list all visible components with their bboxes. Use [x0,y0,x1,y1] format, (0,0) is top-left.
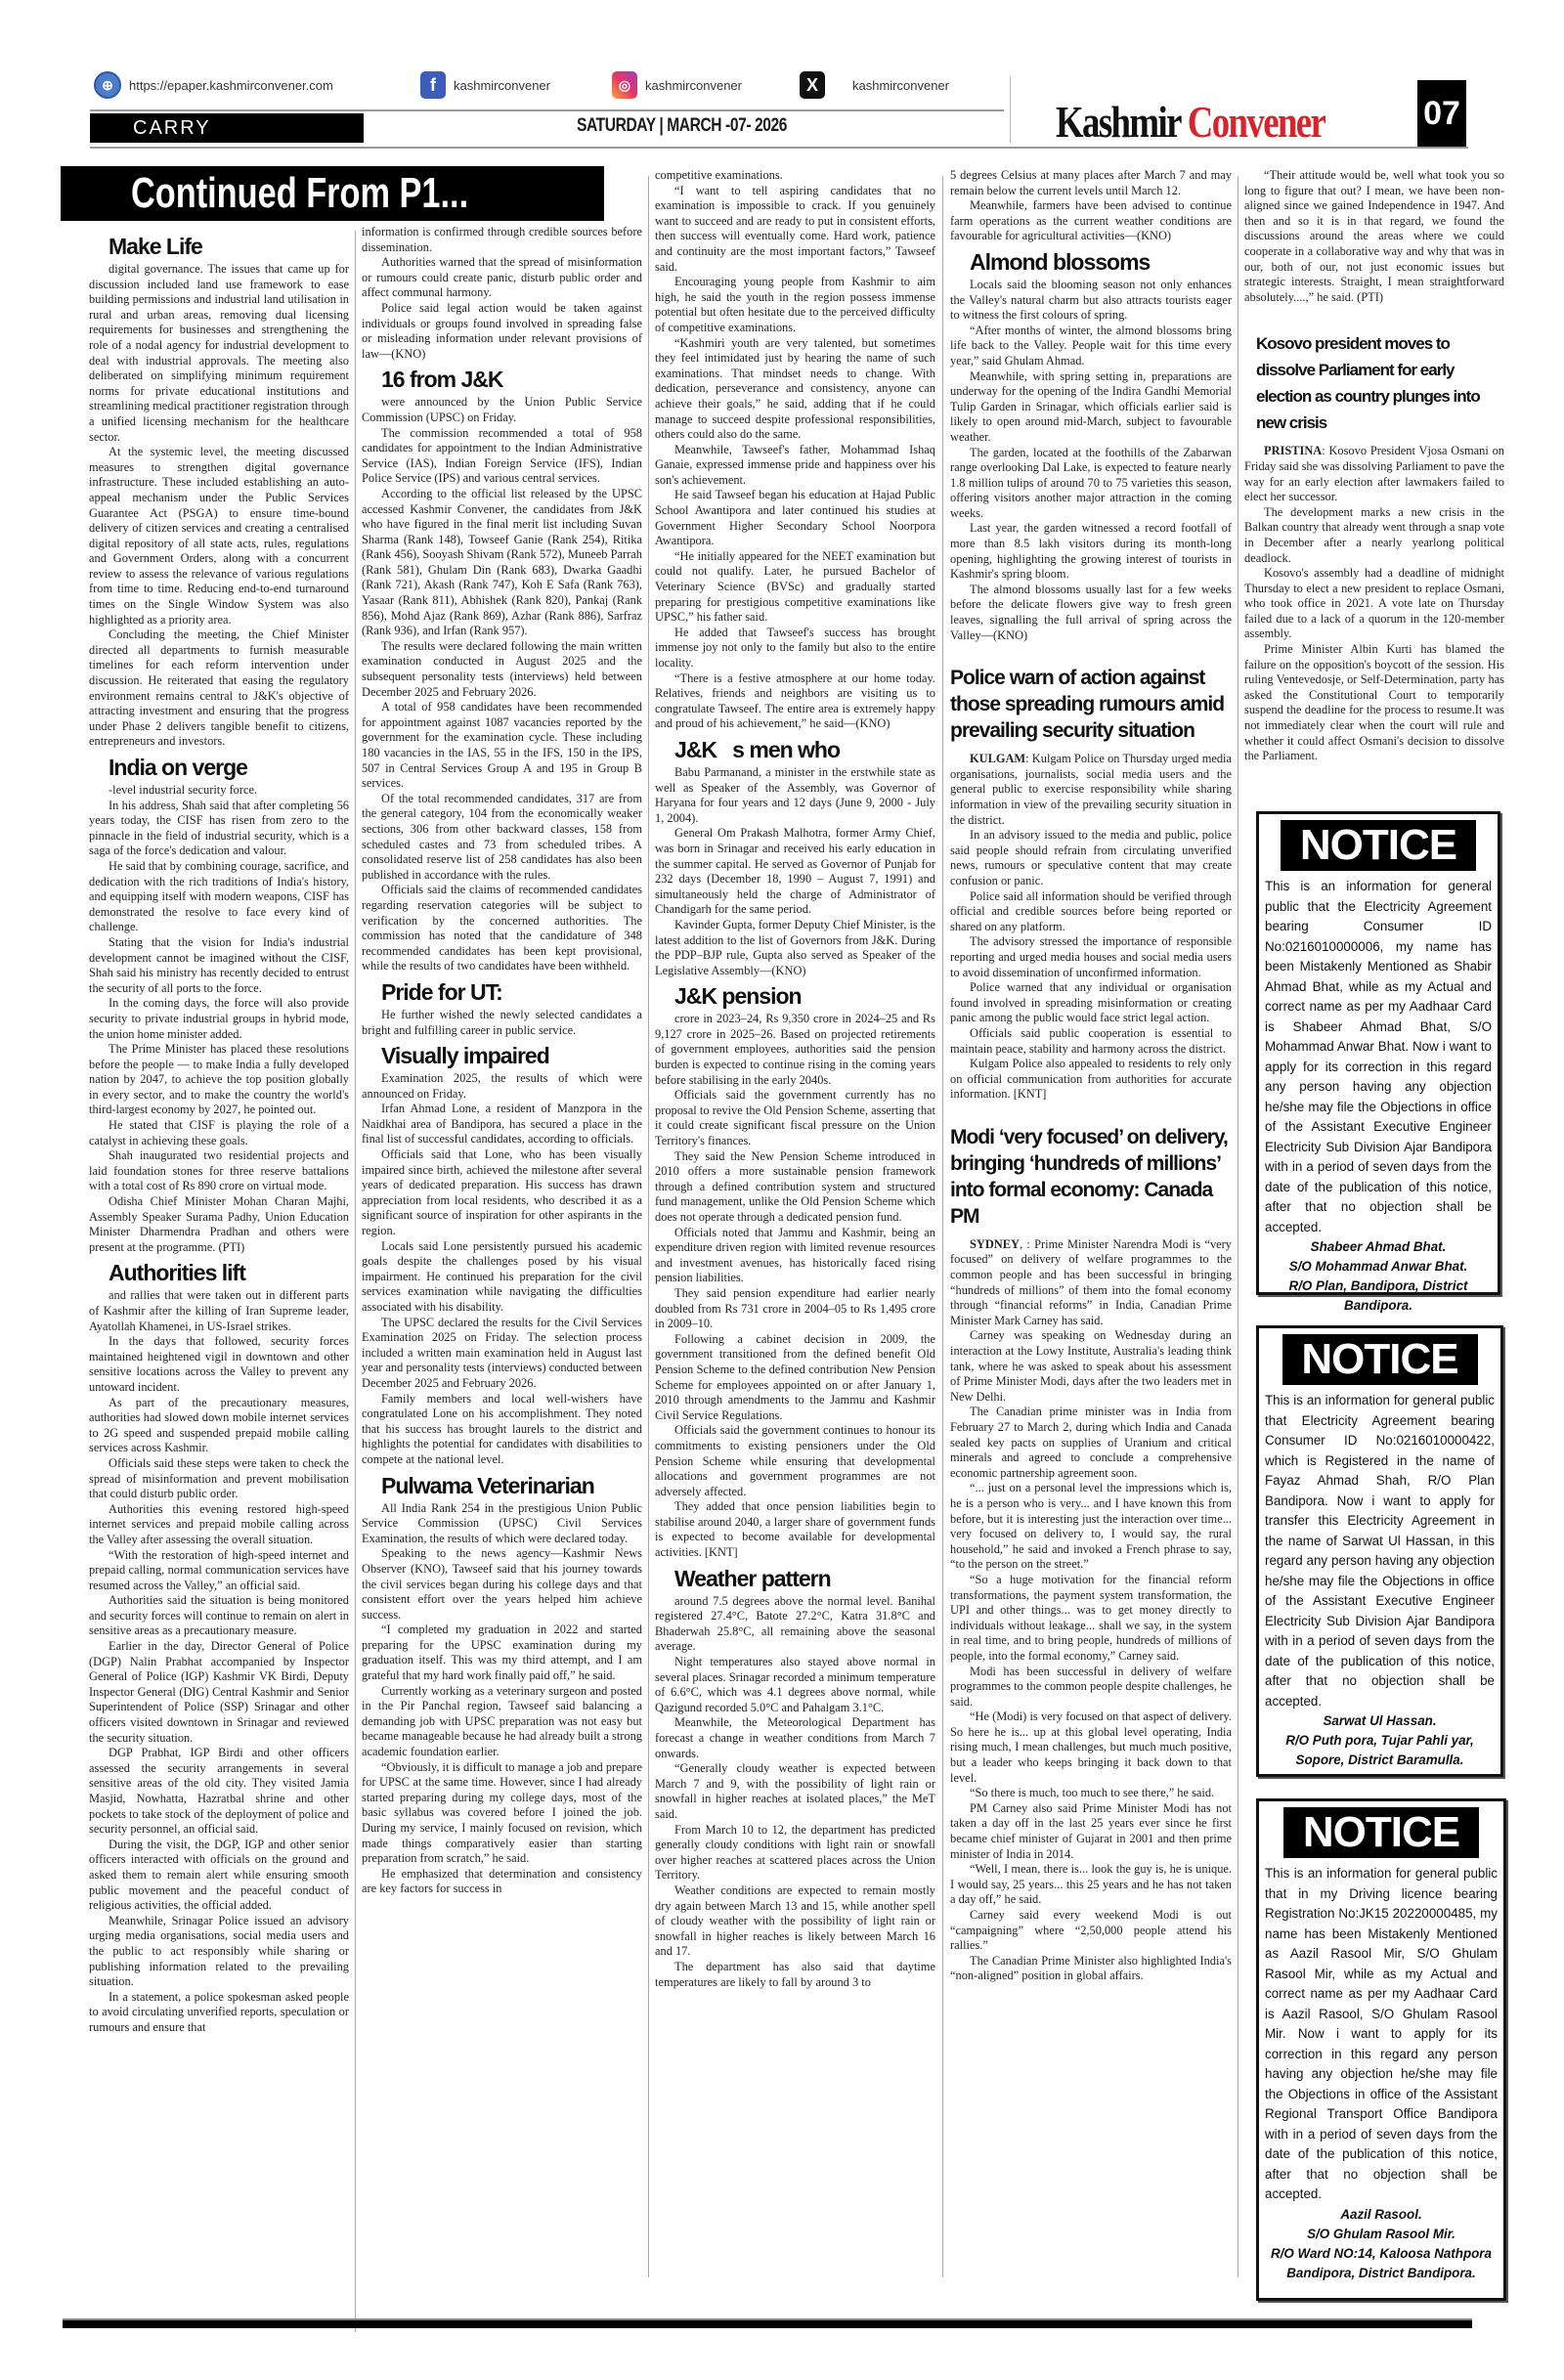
paragraph: Of the total recommended candidates, 317… [362,792,642,884]
notice-signature-parent: S/O Ghulam Rasool Mir. [1265,2225,1498,2244]
paragraph: Authorities this evening restored high-s… [89,1502,349,1548]
paragraph: “So there is much, too much to see there… [950,1786,1232,1801]
paragraph: The advisory stressed the importance of … [950,934,1232,980]
paragraph: The almond blossoms usually last for a f… [950,583,1232,643]
dateline: KULGAM [970,752,1025,765]
issue-date: SATURDAY | MARCH -07- 2026 [577,115,787,137]
headline-pride-for-ut: Pride for UT: [381,978,642,1006]
column-4: 5 degrees Celsius at many places after M… [950,168,1232,2311]
paragraph: In his address, Shah said that after com… [89,799,349,859]
column-divider [355,231,356,2332]
headline-pulwama-veterinarian: Pulwama Veterinarian [381,1472,642,1499]
masthead-logo: Kashmir Convener [1056,96,1325,148]
paragraph: PM Carney also said Prime Minister Modi … [950,1801,1232,1862]
column-3: competitive examinations. “I want to tel… [655,168,935,2311]
column-divider [648,176,649,2277]
headline-weather-pattern: Weather pattern [674,1565,935,1592]
x-link[interactable]: X kashmirconvener [800,70,949,100]
paragraph: Shah inaugurated two residential project… [89,1148,349,1194]
paragraph: “After months of winter, the almond blos… [950,324,1232,369]
paragraph: The UPSC declared the results for the Ci… [362,1316,642,1392]
headline-jk-men-who: J&K s men who [674,736,935,763]
paragraph: In the coming days, the force will also … [89,996,349,1042]
paragraph: Speaking to the news agency—Kashmir News… [362,1546,642,1623]
paragraph: He said that by combining courage, sacri… [89,859,349,935]
column-2: information is confirmed through credibl… [362,168,642,2311]
masthead-kashmir: Kashmir [1056,97,1180,147]
headline-authorities-lift: Authorities lift [109,1259,349,1286]
paragraph: They added that once pension liabilities… [655,1499,935,1560]
paragraph: Meanwhile, the Meteorological Department… [655,1715,935,1761]
paragraph: Carney was speaking on Wednesday during … [950,1328,1232,1405]
header-bottom-rule [90,147,1468,149]
paragraph: Family members and local well-wishers ha… [362,1392,642,1468]
notice-signature-address: R/O Plan, Bandipora, District Bandipora. [1265,1277,1492,1316]
website-link[interactable]: ⊕ https://epaper.kashmirconvener.com [94,70,333,100]
x-handle[interactable]: kashmirconvener [852,78,949,93]
paragraph: They said pension expenditure had earlie… [655,1286,935,1332]
paragraph: He added that Tawseef's success has brou… [655,626,935,671]
footer-rule [63,2318,1472,2328]
paragraph: “He (Modi) is very focused on that aspec… [950,1709,1232,1786]
facebook-handle[interactable]: kashmirconvener [454,78,550,93]
paragraph: In the days that followed, security forc… [89,1334,349,1395]
paragraph: The garden, located at the foothills of … [950,446,1232,522]
paragraph: competitive examinations. [655,168,935,184]
notice-signature-name: Sarwat Ul Hassan. [1265,1711,1495,1731]
paragraph: Kulgam Police also appealed to residents… [950,1057,1232,1103]
paragraph: Officials said the claims of recommended… [362,883,642,974]
notice-signature-name: Aazil Rasool. [1265,2205,1498,2225]
paragraph: “So a huge motivation for the financial … [950,1573,1232,1665]
headline-visually-impaired: Visually impaired [381,1042,642,1069]
paragraph: He further wished the newly selected can… [362,1008,642,1038]
paragraph: SYDNEY, : Prime Minister Narendra Modi i… [950,1237,1232,1329]
headline-almond-blossoms: Almond blossoms [970,248,1232,276]
x-icon: X [800,71,825,99]
paragraph: Police said legal action would be taken … [362,301,642,362]
paragraph: Carney said every weekend Modi is out “c… [950,1908,1232,1954]
paragraph: Irfan Ahmad Lone, a resident of Manzpora… [362,1102,642,1147]
paragraph: “There is a festive atmosphere at our ho… [655,671,935,732]
paragraph: Examination 2025, the results of which w… [362,1071,642,1102]
paragraph: They said the New Pension Scheme introdu… [655,1149,935,1226]
paragraph: “Obviously, it is difficult to manage a … [362,1760,642,1867]
headline-make-life: Make Life [109,233,349,260]
notice-title: NOTICE [1281,820,1476,871]
paragraph: “Generally cloudy weather is expected be… [655,1761,935,1822]
paragraph: around 7.5 degrees above the normal leve… [655,1594,935,1655]
paragraph: Encouraging young people from Kashmir to… [655,275,935,335]
notice-signature-address: R/O Ward NO:14, Kaloosa Nathpora Bandipo… [1265,2244,1498,2283]
facebook-link[interactable]: f kashmirconvener [420,70,550,100]
paragraph: He said Tawseef began his education at H… [655,488,935,548]
notice-signature-parent: S/O Mohammad Anwar Bhat. [1265,1257,1492,1277]
paragraph: -level industrial security force. [89,783,349,799]
paragraph: Police warned that any individual or org… [950,980,1232,1026]
paragraph: Police said all information should be ve… [950,889,1232,935]
paragraph: “Their attitude would be, well what took… [1244,168,1504,305]
paragraph: Officials said that Lone, who has been v… [362,1147,642,1239]
paragraph: KULGAM: Kulgam Police on Thursday urged … [950,752,1232,828]
paragraph: Officials said public cooperation is ess… [950,1026,1232,1057]
paragraph: The Canadian prime minister was in India… [950,1405,1232,1481]
paragraph: Night temperatures also stayed above nor… [655,1655,935,1715]
paragraph: At the systemic level, the meeting discu… [89,445,349,627]
paragraph: Concluding the meeting, the Chief Minist… [89,627,349,750]
notice-body: This is an information for general publi… [1265,1864,1498,2205]
notice-body: This is an information for general publi… [1265,877,1492,1237]
paragraph: Authorities warned that the spread of mi… [362,255,642,301]
paragraph: In an advisory issued to the media and p… [950,828,1232,888]
column-5: “Their attitude would be, well what took… [1244,168,1504,774]
paragraph: He stated that CISF is playing the role … [89,1118,349,1148]
notice-signature-name: Shabeer Ahmad Bhat. [1265,1237,1492,1257]
column-1: Make Life digital governance. The issues… [89,229,349,2311]
paragraph: A total of 958 candidates have been reco… [362,700,642,792]
paragraph: Locals said Lone persistently pursued hi… [362,1239,642,1316]
paragraph: “I completed my graduation in 2022 and s… [362,1623,642,1683]
paragraph: The department has also said that daytim… [655,1960,935,1990]
page-number: 07 [1417,80,1466,147]
paragraph: PRISTINA: Kosovo President Vjosa Osmani … [1244,444,1504,504]
headline-modi-very-focused: Modi ‘very focused’ on delivery, bringin… [950,1124,1232,1230]
headline-jk-pension: J&K pension [674,982,935,1010]
facebook-icon: f [420,71,446,99]
masthead-convener: Convener [1188,97,1325,147]
paragraph: Officials said the government continues … [655,1423,935,1499]
notice-title: NOTICE [1283,1807,1479,1858]
paragraph: The development marks a new crisis in th… [1244,505,1504,566]
paragraph: Authorities said the situation is being … [89,1593,349,1639]
paragraph: 5 degrees Celsius at many places after M… [950,168,1232,198]
paragraph: Meanwhile, with spring setting in, prepa… [950,369,1232,446]
paragraph: Officials said the government currently … [655,1088,935,1148]
paragraph: Modi has been successful in delivery of … [950,1665,1232,1710]
header-divider [1010,76,1011,143]
paragraph: Babu Parmanand, a minister in the erstwh… [655,765,935,826]
paragraph: crore in 2023–24, Rs 9,350 crore in 2024… [655,1012,935,1088]
notice-title: NOTICE [1282,1334,1478,1385]
paragraph: “With the restoration of high-speed inte… [89,1548,349,1594]
notice-2: NOTICE This is an information for genera… [1256,1325,1503,1777]
instagram-link[interactable]: ◎ kashmirconvener [612,70,742,100]
paragraph: “Kashmiri youth are very talented, but s… [655,336,935,443]
notice-signature-district: Sopore, District Baramulla. [1265,1751,1495,1770]
instagram-icon: ◎ [612,71,637,99]
paragraph: The Canadian Prime Minister also highlig… [950,1954,1232,1984]
paragraph: He emphasized that determination and con… [362,1867,642,1897]
paragraph: All India Rank 254 in the prestigious Un… [362,1501,642,1547]
paragraph: Meanwhile, farmers have been advised to … [950,198,1232,244]
dateline: PRISTINA [1264,444,1322,457]
paragraph: Stating that the vision for India's indu… [89,935,349,996]
section-label: CARRY [90,113,364,143]
paragraph: “He initially appeared for the NEET exam… [655,549,935,626]
paragraph: were announced by the Union Public Servi… [362,395,642,425]
paragraph: “Well, I mean, there is... look the guy … [950,1862,1232,1908]
headline-police-warn: Police warn of action against those spre… [950,665,1232,744]
instagram-handle[interactable]: kashmirconvener [645,78,742,93]
paragraph: “I want to tell aspiring candidates that… [655,184,935,276]
paragraph: From March 10 to 12, the department has … [655,1823,935,1883]
paragraph: Kosovo's assembly had a deadline of midn… [1244,566,1504,642]
paragraph: and rallies that were taken out in diffe… [89,1288,349,1334]
paragraph: General Om Prakash Malhotra, former Army… [655,826,935,918]
paragraph: Following a cabinet decision in 2009, th… [655,1332,935,1424]
notice-body: This is an information for general publi… [1265,1391,1495,1711]
notice-1: NOTICE This is an information for genera… [1256,811,1500,1295]
paragraph: The Prime Minister has placed these reso… [89,1042,349,1118]
paragraph: Locals said the blooming season not only… [950,278,1232,324]
paragraph: During the visit, the DGP, IGP and other… [89,1838,349,1914]
dateline: SYDNEY [970,1237,1020,1251]
paragraph: DGP Prabhat, IGP Birdi and other officer… [89,1746,349,1838]
paragraph: Earlier in the day, Director General of … [89,1639,349,1746]
column-divider [942,176,943,2277]
header-rule [90,109,1004,111]
paragraph: According to the official list released … [362,487,642,639]
paragraph: “... just on a personal level the impres… [950,1481,1232,1573]
paragraph: Kavinder Gupta, former Deputy Chief Mini… [655,918,935,978]
headline-16-from-jk: 16 from J&K [381,366,642,393]
paragraph: information is confirmed through credibl… [362,225,642,255]
notice-3: NOTICE This is an information for genera… [1256,1798,1506,2301]
website-url[interactable]: https://epaper.kashmirconvener.com [129,78,333,93]
paragraph: As part of the precautionary measures, a… [89,1396,349,1456]
notice-signature-address: R/O Puth pora, Tujar Pahli yar, [1265,1731,1495,1751]
headline-kosovo: Kosovo president moves to dissolve Parli… [1256,330,1504,436]
paragraph: Officials said these steps were taken to… [89,1456,349,1502]
paragraph: Officials noted that Jammu and Kashmir, … [655,1226,935,1286]
paragraph: The results were declared following the … [362,639,642,700]
paragraph: Last year, the garden witnessed a record… [950,521,1232,582]
paragraph: digital governance. The issues that came… [89,262,349,445]
paragraph: In a statement, a police spokesman asked… [89,1990,349,2036]
paragraph: Meanwhile, Tawseef's father, Mohammad Is… [655,443,935,489]
column-divider [1238,176,1238,2277]
paragraph: Prime Minister Albin Kurti has blamed th… [1244,642,1504,764]
headline-india-on-verge: India on verge [109,754,349,781]
globe-icon: ⊕ [94,71,121,99]
paragraph: Meanwhile, Srinagar Police issued an adv… [89,1914,349,1990]
paragraph: Odisha Chief Minister Mohan Charan Majhi… [89,1194,349,1255]
paragraph: Currently working as a veterinary surgeo… [362,1684,642,1760]
paragraph: Weather conditions are expected to remai… [655,1883,935,1960]
paragraph: The commission recommended a total of 95… [362,426,642,487]
